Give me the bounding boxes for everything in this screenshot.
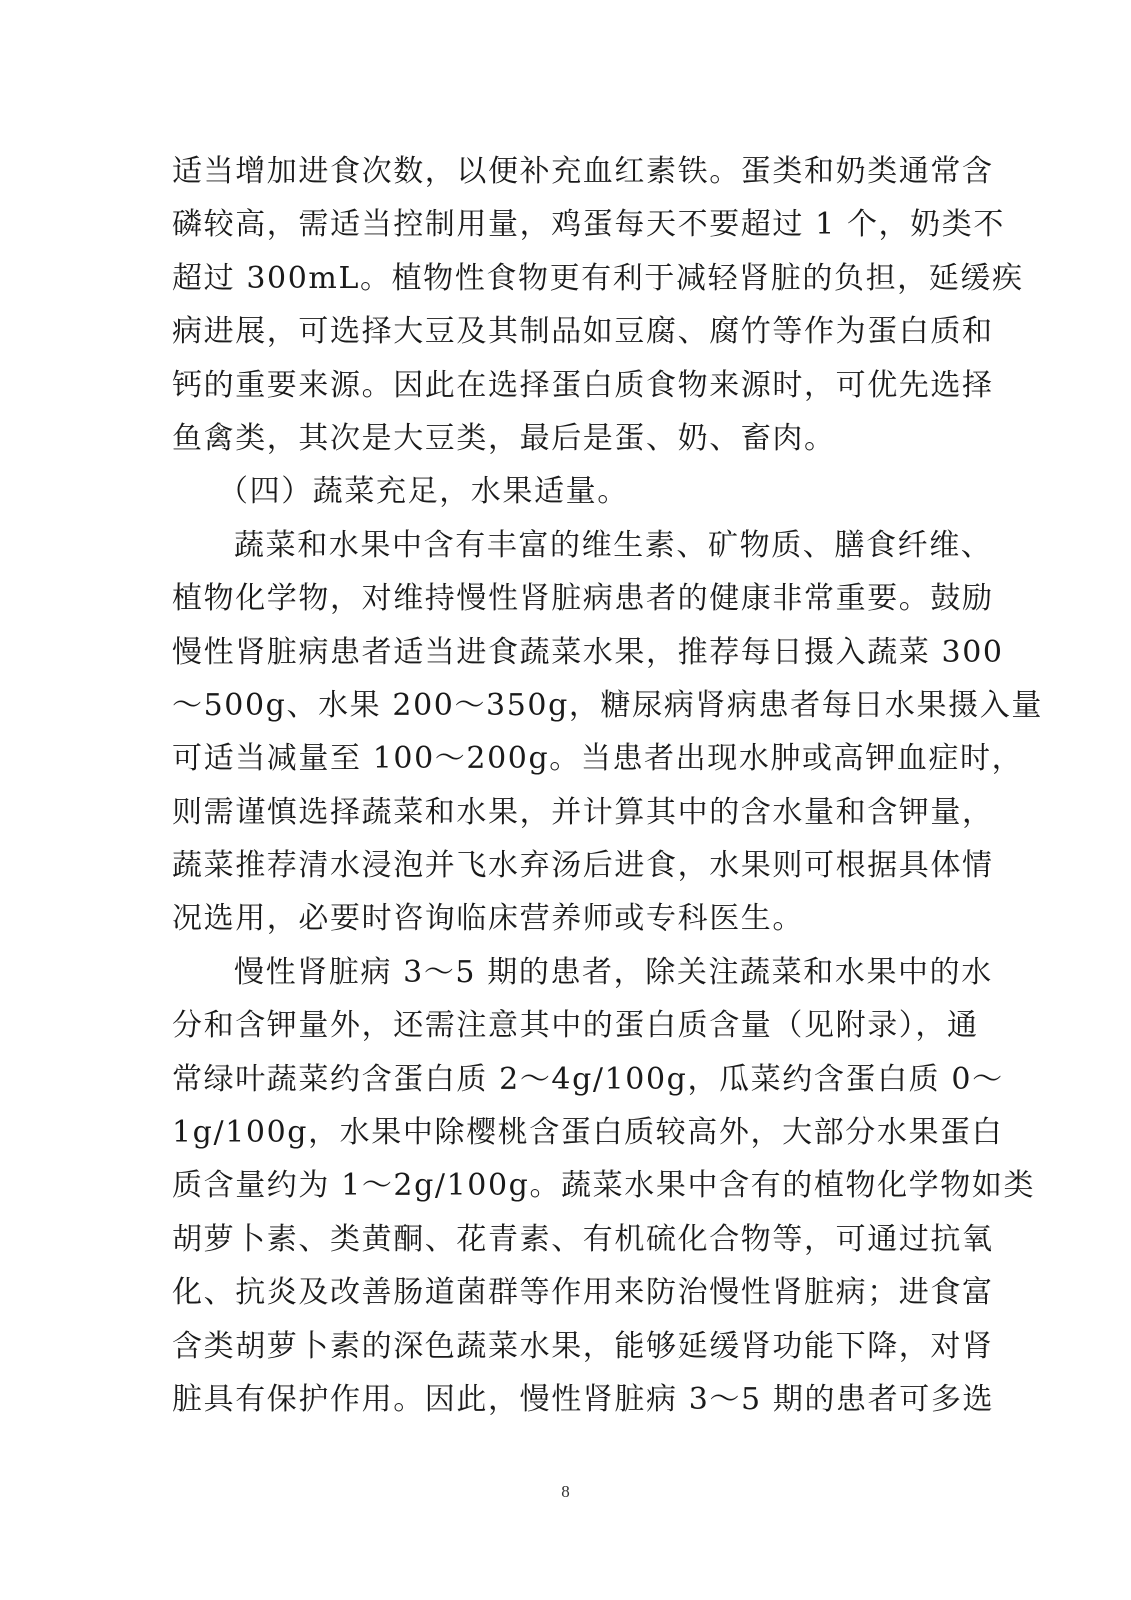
text-line: 则需谨慎选择蔬菜和水果，并计算其中的含水量和含钾量， bbox=[172, 786, 942, 839]
text-line: 常绿叶蔬菜约含蛋白质 2～4g/100g，瓜菜约含蛋白质 0～ bbox=[172, 1053, 942, 1106]
text-line: 病进展，可选择大豆及其制品如豆腐、腐竹等作为蛋白质和 bbox=[172, 305, 942, 358]
document-page: 适当增加进食次数，以便补充血红素铁。蛋类和奶类通常含 磷较高，需适当控制用量，鸡… bbox=[0, 0, 1131, 1600]
text-line: 鱼禽类，其次是大豆类，最后是蛋、奶、畜肉。 bbox=[172, 412, 942, 465]
text-line: 质含量约为 1～2g/100g。蔬菜水果中含有的植物化学物如类 bbox=[172, 1159, 942, 1212]
text-line: 蔬菜推荐清水浸泡并飞水弃汤后进食，水果则可根据具体情 bbox=[172, 839, 942, 892]
text-line: 况选用，必要时咨询临床营养师或专科医生。 bbox=[172, 892, 942, 945]
text-line: 钙的重要来源。因此在选择蛋白质食物来源时，可优先选择 bbox=[172, 359, 942, 412]
text-line: 慢性肾脏病患者适当进食蔬菜水果，推荐每日摄入蔬菜 300 bbox=[172, 626, 942, 679]
text-line: 化、抗炎及改善肠道菌群等作用来防治慢性肾脏病；进食富 bbox=[172, 1266, 942, 1319]
body-text: 适当增加进食次数，以便补充血红素铁。蛋类和奶类通常含 磷较高，需适当控制用量，鸡… bbox=[172, 145, 942, 1426]
text-line: 分和含钾量外，还需注意其中的蛋白质含量（见附录），通 bbox=[172, 999, 942, 1052]
section-heading: （四）蔬菜充足，水果适量。 bbox=[172, 465, 942, 518]
page-number: 8 bbox=[0, 1482, 1131, 1502]
text-line: 胡萝卜素、类黄酮、花青素、有机硫化合物等，可通过抗氧 bbox=[172, 1213, 942, 1266]
paragraph-start-line: 慢性肾脏病 3～5 期的患者，除关注蔬菜和水果中的水 bbox=[172, 946, 942, 999]
text-line: 植物化学物，对维持慢性肾脏病患者的健康非常重要。鼓励 bbox=[172, 572, 942, 625]
text-line: 适当增加进食次数，以便补充血红素铁。蛋类和奶类通常含 bbox=[172, 145, 942, 198]
text-line: 1g/100g，水果中除樱桃含蛋白质较高外，大部分水果蛋白 bbox=[172, 1106, 942, 1159]
text-line: ～500g、水果 200～350g，糖尿病肾病患者每日水果摄入量 bbox=[172, 679, 942, 732]
text-line: 磷较高，需适当控制用量，鸡蛋每天不要超过 1 个，奶类不 bbox=[172, 198, 942, 251]
text-line: 可适当减量至 100～200g。当患者出现水肿或高钾血症时， bbox=[172, 732, 942, 785]
paragraph-start-line: 蔬菜和水果中含有丰富的维生素、矿物质、膳食纤维、 bbox=[172, 519, 942, 572]
text-line: 超过 300mL。植物性食物更有利于减轻肾脏的负担，延缓疾 bbox=[172, 252, 942, 305]
text-line: 脏具有保护作用。因此，慢性肾脏病 3～5 期的患者可多选 bbox=[172, 1373, 942, 1426]
text-line: 含类胡萝卜素的深色蔬菜水果，能够延缓肾功能下降，对肾 bbox=[172, 1320, 942, 1373]
